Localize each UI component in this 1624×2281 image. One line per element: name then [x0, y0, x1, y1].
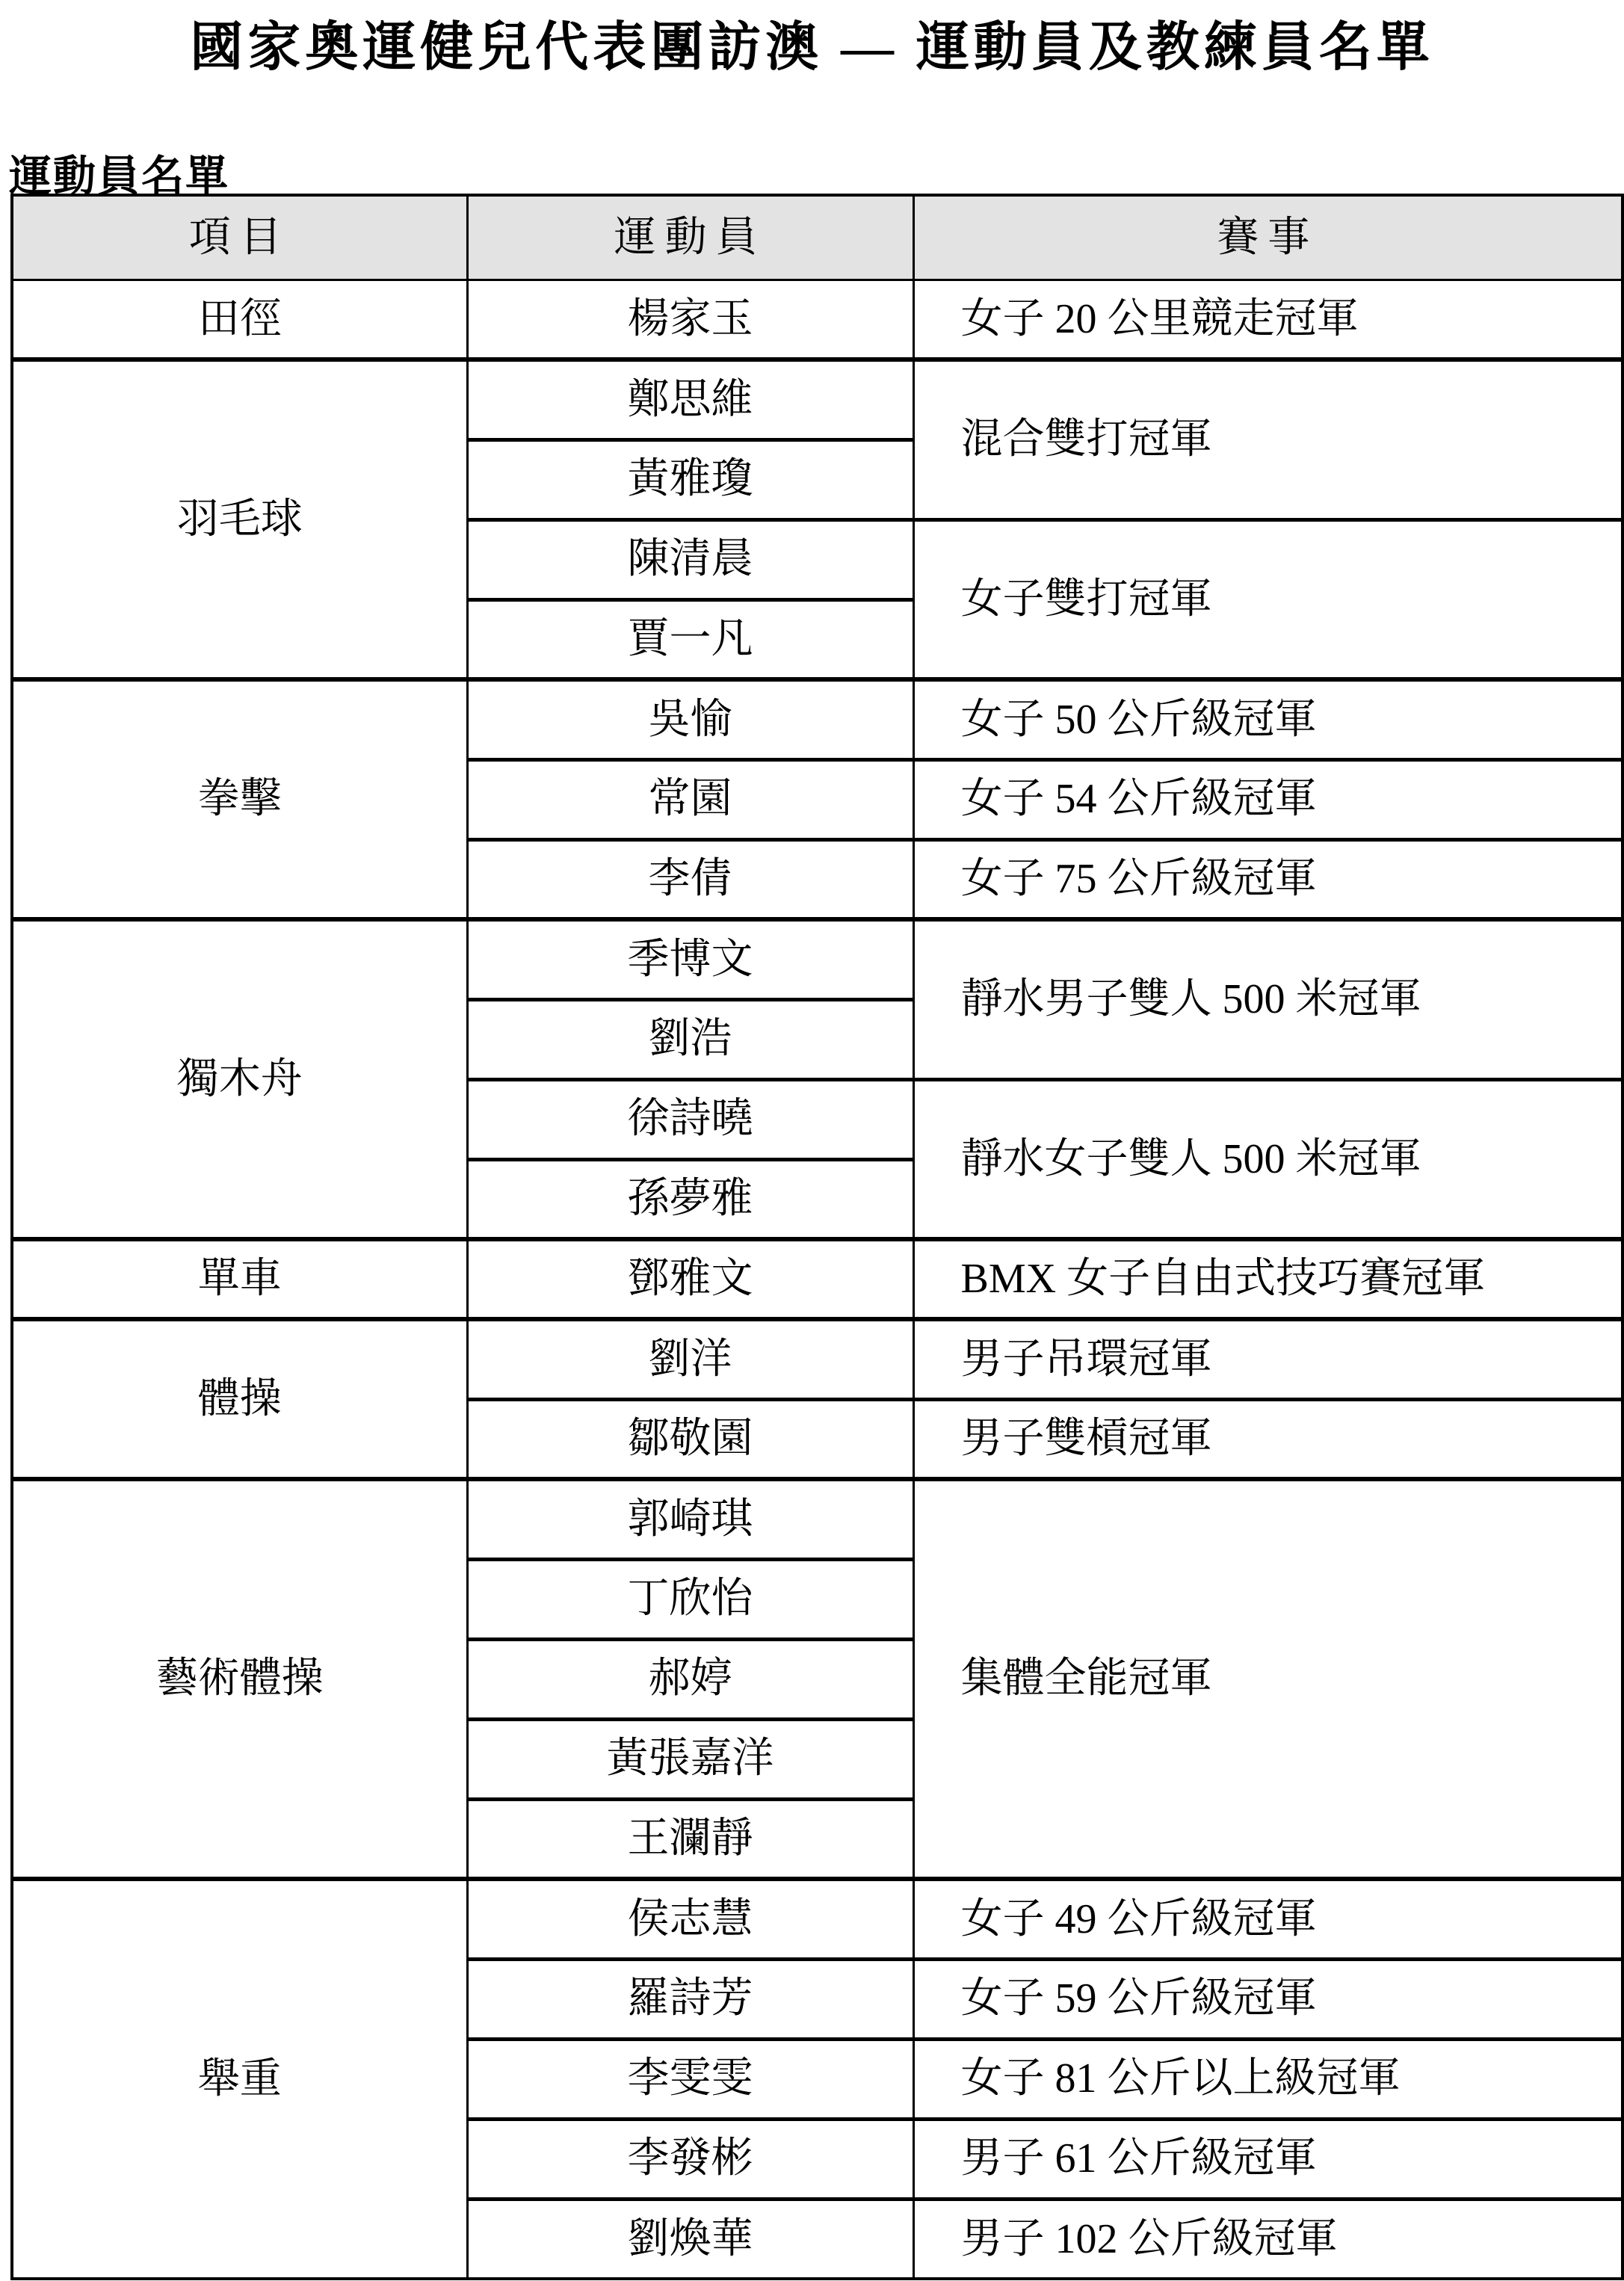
- sport-cell: 羽毛球: [12, 359, 467, 679]
- athlete-cell: 常園: [467, 759, 913, 839]
- athlete-cell: 劉洋: [467, 1319, 913, 1399]
- table-row: 體操 劉洋 男子吊環冠軍: [12, 1319, 1623, 1399]
- athletes-table: 項目 運動員 賽事 田徑 楊家玉 女子 20 公里競走冠軍 羽毛球 鄭思維 混合…: [10, 194, 1624, 2280]
- competition-cell: 女子 75 公斤級冠軍: [913, 839, 1623, 919]
- athlete-cell: 李倩: [467, 839, 913, 919]
- table-row: 羽毛球 鄭思維 混合雙打冠軍: [12, 359, 1623, 439]
- competition-cell: 女子 49 公斤級冠軍: [913, 1879, 1623, 1959]
- athlete-cell: 黃張嘉洋: [467, 1719, 913, 1799]
- sport-cell: 單車: [12, 1239, 467, 1319]
- table-row: 田徑 楊家玉 女子 20 公里競走冠軍: [12, 280, 1623, 359]
- sport-cell: 體操: [12, 1319, 467, 1479]
- table-row: 藝術體操 郭崎琪 集體全能冠軍: [12, 1479, 1623, 1559]
- athlete-cell: 劉浩: [467, 999, 913, 1079]
- col-header-sport: 項目: [12, 195, 467, 280]
- competition-cell: BMX 女子自由式技巧賽冠軍: [913, 1239, 1623, 1319]
- athlete-cell: 季博文: [467, 919, 913, 999]
- athlete-cell: 徐詩曉: [467, 1079, 913, 1159]
- table-row: 舉重 侯志慧 女子 49 公斤級冠軍: [12, 1879, 1623, 1959]
- sport-cell: 獨木舟: [12, 919, 467, 1239]
- athlete-cell: 劉煥華: [467, 2199, 913, 2279]
- athlete-cell: 郭崎琪: [467, 1479, 913, 1559]
- athlete-cell: 李雯雯: [467, 2039, 913, 2119]
- athlete-cell: 羅詩芳: [467, 1959, 913, 2039]
- competition-cell: 混合雙打冠軍: [913, 359, 1623, 519]
- page-title: 國家奧運健兒代表團訪澳 — 運動員及教練員名單: [0, 4, 1624, 81]
- competition-cell: 集體全能冠軍: [913, 1479, 1623, 1879]
- competition-cell: 靜水女子雙人 500 米冠軍: [913, 1079, 1623, 1239]
- athlete-cell: 楊家玉: [467, 280, 913, 359]
- col-header-competition: 賽事: [913, 195, 1623, 280]
- sport-cell: 藝術體操: [12, 1479, 467, 1879]
- athlete-cell: 李發彬: [467, 2119, 913, 2199]
- sport-cell: 拳擊: [12, 679, 467, 919]
- athlete-cell: 吳愉: [467, 679, 913, 759]
- table-row: 獨木舟 季博文 靜水男子雙人 500 米冠軍: [12, 919, 1623, 999]
- athlete-cell: 侯志慧: [467, 1879, 913, 1959]
- athlete-cell: 黃雅瓊: [467, 439, 913, 519]
- competition-cell: 靜水男子雙人 500 米冠軍: [913, 919, 1623, 1079]
- competition-cell: 女子 81 公斤以上級冠軍: [913, 2039, 1623, 2119]
- competition-cell: 女子 59 公斤級冠軍: [913, 1959, 1623, 2039]
- athlete-cell: 丁欣怡: [467, 1559, 913, 1639]
- competition-cell: 男子 61 公斤級冠軍: [913, 2119, 1623, 2199]
- competition-cell: 男子 102 公斤級冠軍: [913, 2199, 1623, 2279]
- athlete-cell: 郝婷: [467, 1639, 913, 1719]
- table-row: 拳擊 吳愉 女子 50 公斤級冠軍: [12, 679, 1623, 759]
- competition-cell: 女子 50 公斤級冠軍: [913, 679, 1623, 759]
- col-header-athlete: 運動員: [467, 195, 913, 280]
- competition-cell: 男子吊環冠軍: [913, 1319, 1623, 1399]
- sport-cell: 舉重: [12, 1879, 467, 2279]
- athlete-cell: 鄧雅文: [467, 1239, 913, 1319]
- athlete-cell: 鄒敬園: [467, 1399, 913, 1479]
- competition-cell: 男子雙槓冠軍: [913, 1399, 1623, 1479]
- athlete-cell: 孫夢雅: [467, 1159, 913, 1239]
- table-row: 單車 鄧雅文 BMX 女子自由式技巧賽冠軍: [12, 1239, 1623, 1319]
- athlete-cell: 鄭思維: [467, 359, 913, 439]
- competition-cell: 女子 20 公里競走冠軍: [913, 280, 1623, 359]
- table-header-row: 項目 運動員 賽事: [12, 195, 1623, 280]
- competition-cell: 女子雙打冠軍: [913, 519, 1623, 679]
- athlete-cell: 賈一凡: [467, 599, 913, 679]
- athlete-cell: 王瀾靜: [467, 1799, 913, 1879]
- sport-cell: 田徑: [12, 280, 467, 359]
- competition-cell: 女子 54 公斤級冠軍: [913, 759, 1623, 839]
- athlete-cell: 陳清晨: [467, 519, 913, 599]
